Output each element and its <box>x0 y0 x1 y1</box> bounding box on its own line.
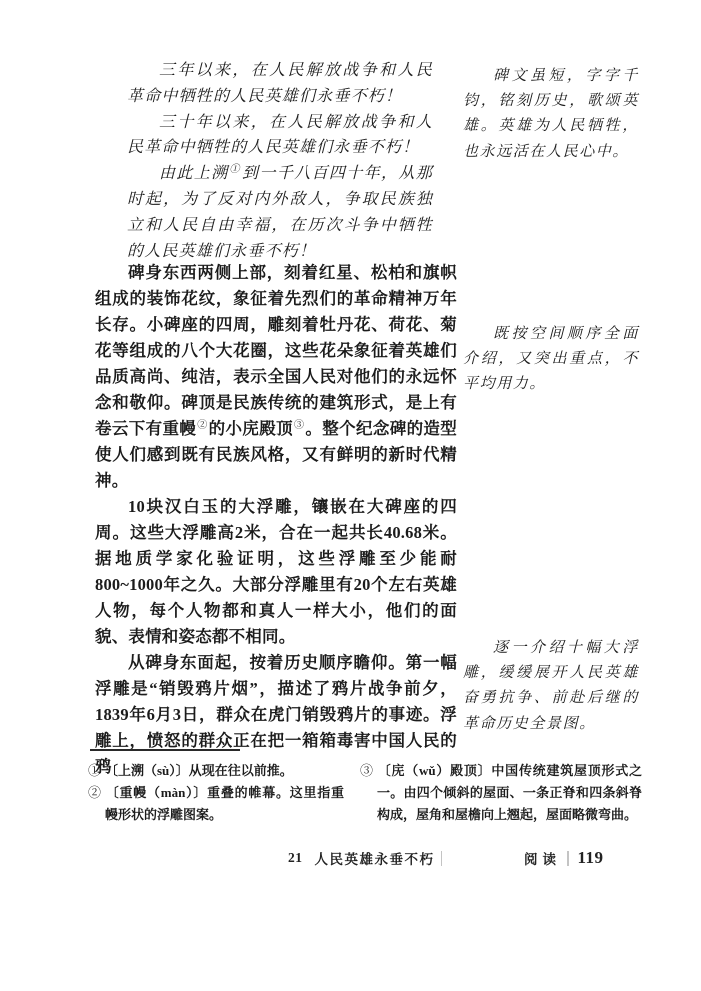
margin-note: 既按空间顺序全面介绍，又突出重点，不平均用力。 <box>463 322 639 398</box>
footnotes-left-column: ①〔上溯（sù）〕从现在往以前推。②〔重幔（màn）〕重叠的帷幕。这里指重幔形状… <box>88 760 344 826</box>
epigraph-inscription: 三年以来，在人民解放战争和人民革命中牺牲的人民英雄们永垂不朽！三十年以来，在人民… <box>127 58 433 264</box>
epigraph-paragraph: 三十年以来，在人民解放战争和人民革命中牺牲的人民英雄们永垂不朽！ <box>127 110 433 162</box>
footer-divider-bar <box>567 851 569 866</box>
lesson-number: 21 <box>288 850 303 866</box>
section-label: 阅读 <box>524 848 561 868</box>
lesson-footer-group: 21 人民英雄永垂不朽 <box>288 848 451 868</box>
page-number: 119 <box>578 848 604 868</box>
margin-note: 逐一介绍十幅大浮雕，缓缓展开人民英雄奋勇抗争、前赴后继的革命历史全景图。 <box>463 636 639 737</box>
footnote-divider <box>90 749 240 751</box>
footnote-ref-marker: ② <box>196 420 208 431</box>
lesson-title: 人民英雄永垂不朽 <box>315 848 435 868</box>
body-paragraph: 10块汉白玉的大浮雕，镶嵌在大碑座的四周。这些大浮雕高2米，合在一起共长40.6… <box>95 494 457 650</box>
footnote-marker: ① <box>88 760 105 782</box>
footnote: ①〔上溯（sù）〕从现在往以前推。 <box>88 760 344 782</box>
footnotes-right-column: ③〔庑（wǔ）殿顶〕中国传统建筑屋顶形式之一。由四个倾斜的屋面、一条正脊和四条斜… <box>360 760 642 826</box>
footnote: ②〔重幔（màn）〕重叠的帷幕。这里指重幔形状的浮雕图案。 <box>88 782 344 826</box>
epigraph-paragraph: 三年以来，在人民解放战争和人民革命中牺牲的人民英雄们永垂不朽！ <box>127 58 433 110</box>
epigraph-paragraph: 由此上溯①到一千八百四十年，从那时起，为了反对内外敌人，争取民族独立和人民自由幸… <box>127 161 433 264</box>
textbook-page: 三年以来，在人民解放战争和人民革命中牺牲的人民英雄们永垂不朽！三十年以来，在人民… <box>0 0 701 991</box>
page-footer: 21 人民英雄永垂不朽 阅读 119 <box>0 848 701 874</box>
footnotes: ①〔上溯（sù）〕从现在往以前推。②〔重幔（màn）〕重叠的帷幕。这里指重幔形状… <box>88 760 642 826</box>
footnote-marker: ② <box>88 782 105 804</box>
footnote-ref-marker: ① <box>229 164 242 175</box>
footnote: ③〔庑（wǔ）殿顶〕中国传统建筑屋顶形式之一。由四个倾斜的屋面、一条正脊和四条斜… <box>360 760 642 826</box>
footnote-ref-marker: ③ <box>293 420 305 431</box>
lesson-body-text: 碑身东西两侧上部，刻着红星、松柏和旗帜组成的装饰花纹，象征着先烈们的革命精神万年… <box>95 260 457 780</box>
section-page-group: 阅读 119 <box>524 848 604 868</box>
body-paragraph: 碑身东西两侧上部，刻着红星、松柏和旗帜组成的装饰花纹，象征着先烈们的革命精神万年… <box>95 260 457 494</box>
footer-divider-bar <box>441 851 443 866</box>
margin-note: 碑文虽短，字字千钧，铭刻历史，歌颂英雄。英雄为人民牺牲，也永远活在人民心中。 <box>463 64 639 165</box>
footnote-marker: ③ <box>360 760 377 782</box>
